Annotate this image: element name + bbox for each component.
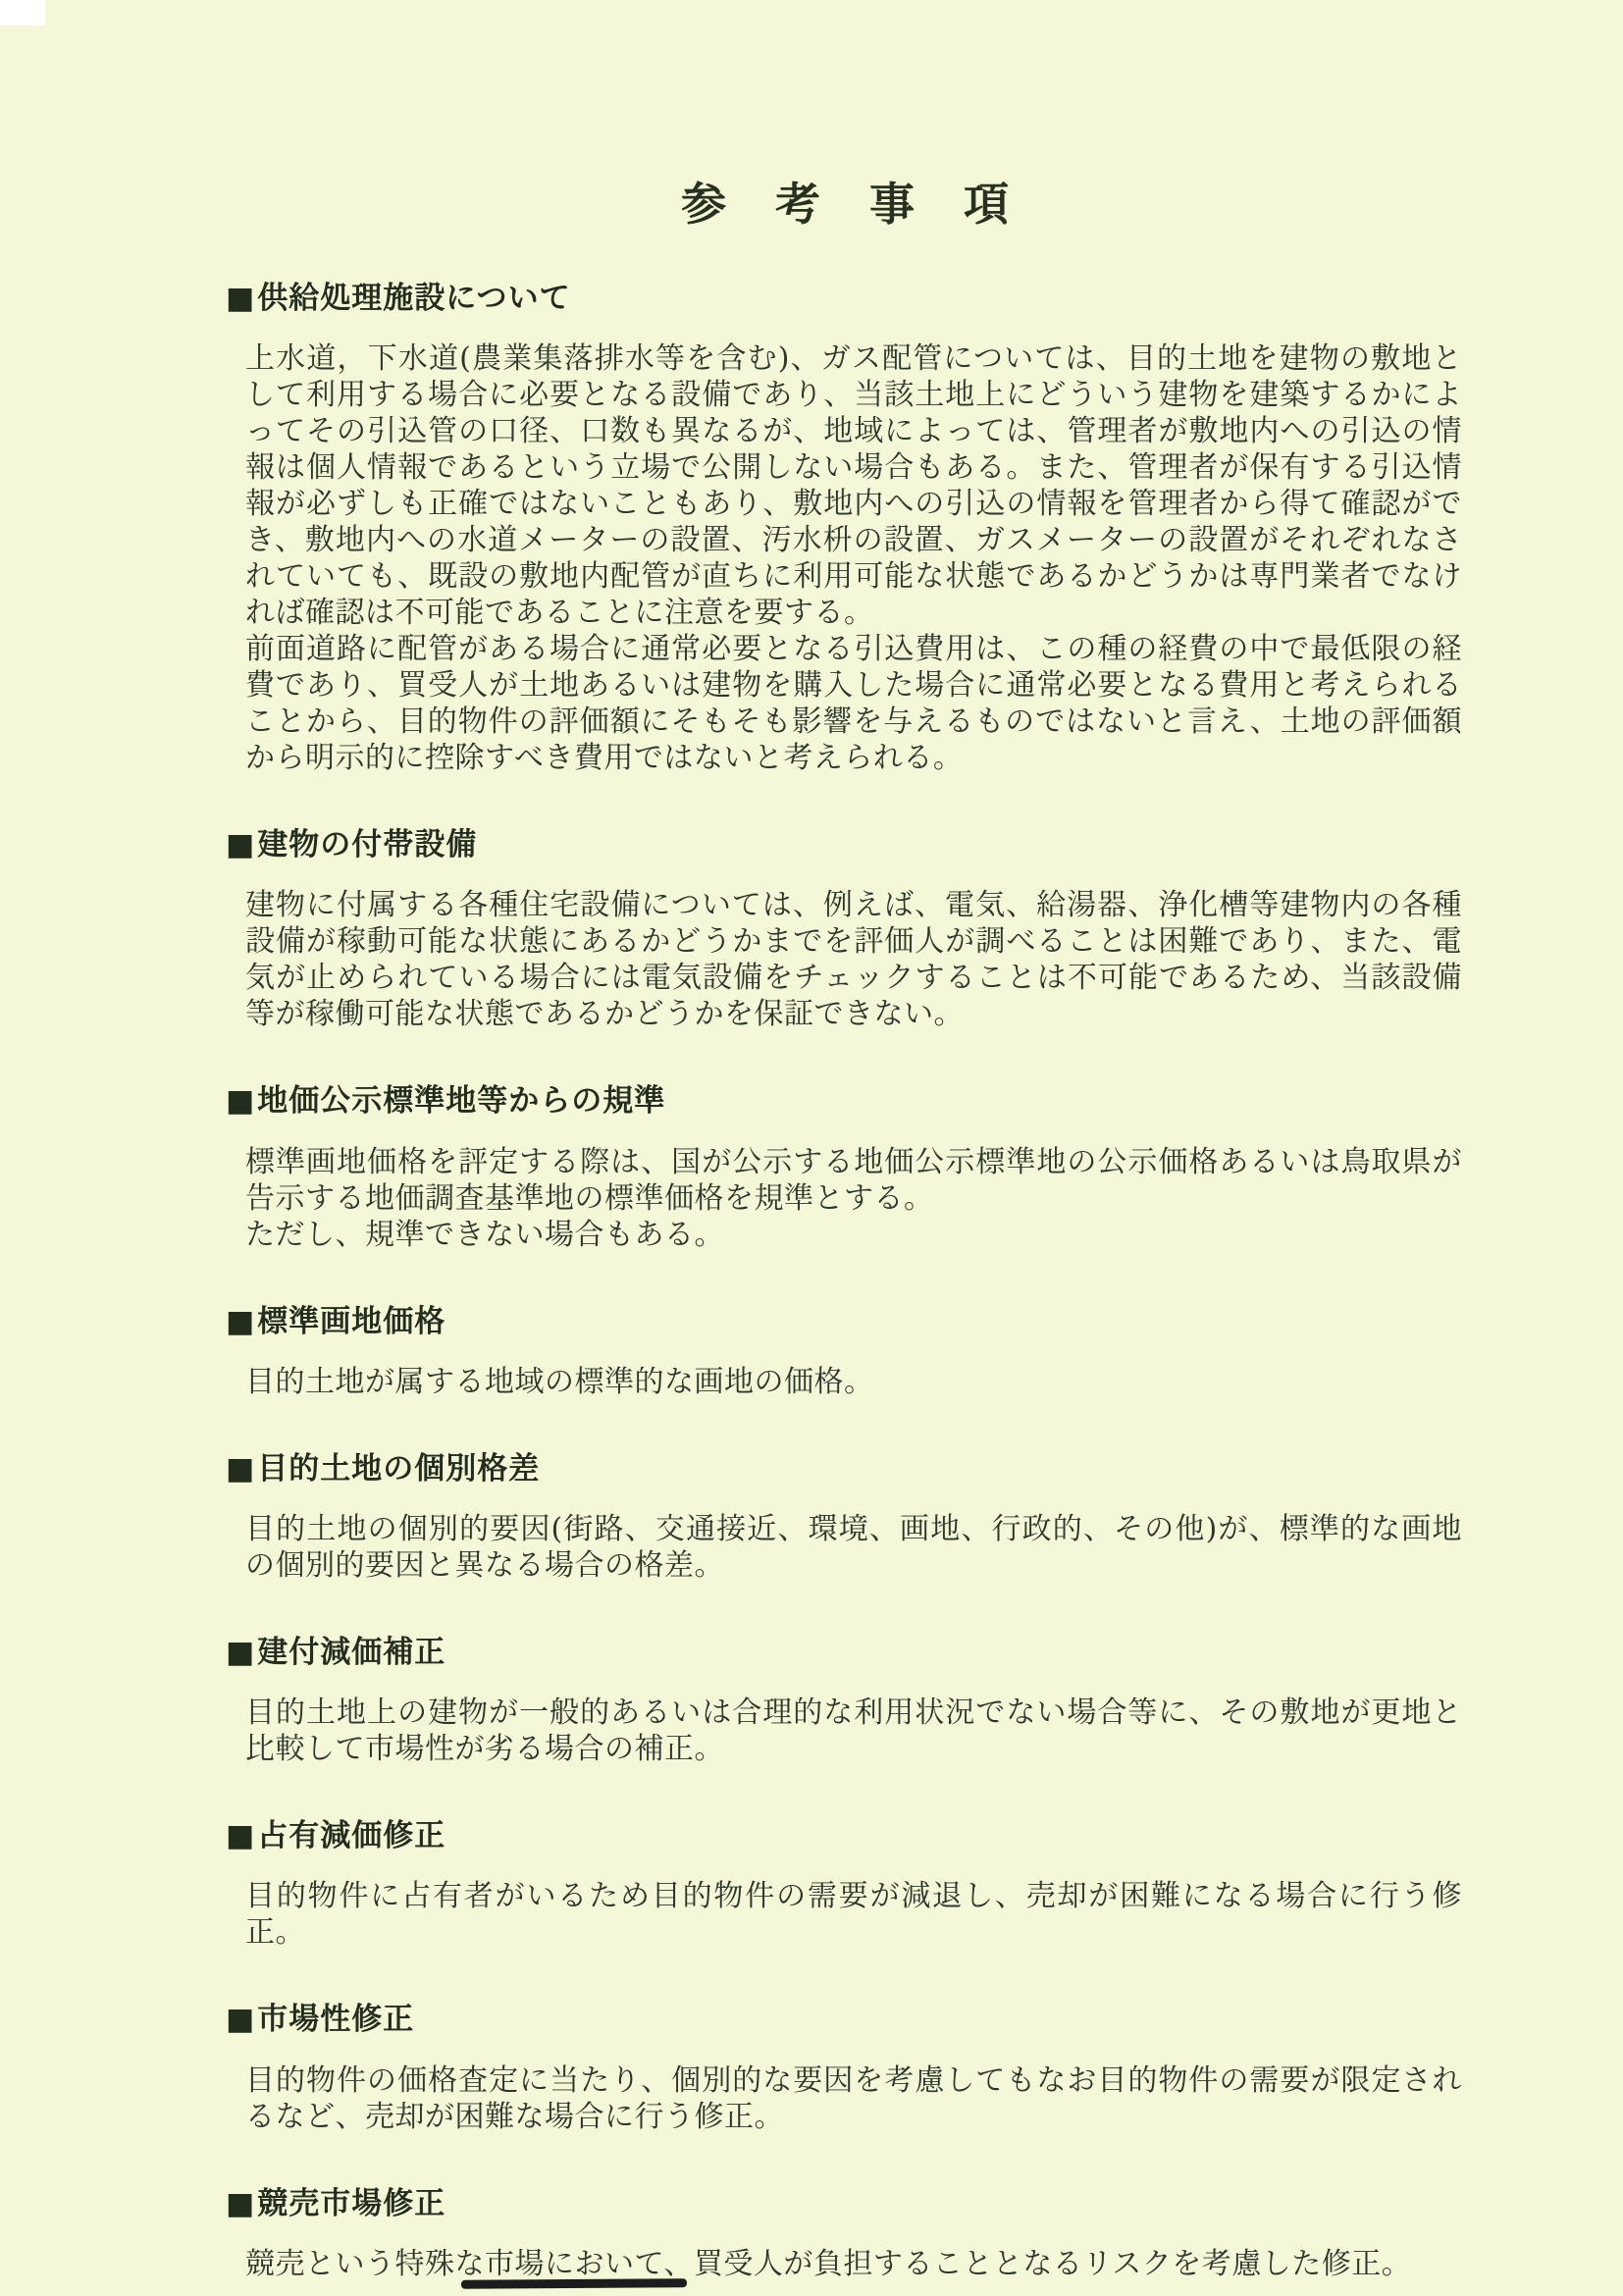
section-heading-text: 標準画地価格 (257, 1304, 445, 1339)
section-heading: ■競売市場修正 (226, 2186, 1466, 2222)
square-bullet-icon: ■ (226, 1304, 255, 1339)
section-body: 目的土地が属する地域の標準的な画地の価格。 (226, 1364, 1462, 1400)
square-bullet-icon: ■ (226, 827, 255, 862)
section: ■目的土地の個別格差 目的土地の個別的要因(街路、交通接近、環境、画地、行政的、… (226, 1451, 1466, 1584)
square-bullet-icon: ■ (226, 1818, 255, 1853)
document-page: 参 考 事 項 ■供給処理施設について 上水道，下水道(農業集落排水等を含む)、… (0, 0, 1623, 2296)
paragraph: 目的土地が属する地域の標準的な画地の価格。 (245, 1364, 1462, 1400)
section-heading: ■建付減価補正 (226, 1635, 1466, 1671)
paragraph: 上水道，下水道(農業集落排水等を含む)、ガス配管については、目的土地を建物の敷地… (245, 340, 1462, 631)
section: ■建物の付帯設備 建物に付属する各種住宅設備については、例えば、電気、給湯器、浄… (226, 827, 1466, 1032)
section: ■供給処理施設について 上水道，下水道(農業集落排水等を含む)、ガス配管について… (226, 281, 1466, 776)
section-heading-text: 目的土地の個別格差 (257, 1451, 540, 1487)
square-bullet-icon: ■ (226, 1635, 255, 1670)
section-heading: ■市場性修正 (226, 2002, 1466, 2038)
section-heading-text: 建物の付帯設備 (257, 827, 477, 862)
square-bullet-icon: ■ (226, 1451, 255, 1487)
scan-streak-artifact (461, 2278, 687, 2289)
section-body: 目的土地上の建物が一般的あるいは合理的な利用状況でない場合等に、その敷地が更地と… (226, 1695, 1462, 1767)
document-content: 参 考 事 項 ■供給処理施設について 上水道，下水道(農業集落排水等を含む)、… (0, 0, 1623, 2282)
paragraph: 目的土地上の建物が一般的あるいは合理的な利用状況でない場合等に、その敷地が更地と… (245, 1695, 1462, 1767)
section-heading-text: 建付減価補正 (257, 1635, 445, 1670)
section-body: 標準画地価格を評定する際は、国が公示する地価公示標準地の公示価格あるいは鳥取県が… (226, 1144, 1462, 1253)
section-heading: ■占有減価修正 (226, 1818, 1466, 1854)
section: ■標準画地価格 目的土地が属する地域の標準的な画地の価格。 (226, 1304, 1466, 1400)
sections-container: ■供給処理施設について 上水道，下水道(農業集落排水等を含む)、ガス配管について… (226, 281, 1466, 2282)
section-heading-text: 供給処理施設について (257, 281, 570, 316)
section-body: 建物に付属する各種住宅設備については、例えば、電気、給湯器、浄化槽等建物内の各種… (226, 887, 1462, 1032)
section-heading: ■建物の付帯設備 (226, 827, 1466, 863)
scan-corner-artifact (0, 0, 45, 26)
square-bullet-icon: ■ (226, 1083, 255, 1119)
paragraph: ただし、規準できない場合もある。 (245, 1217, 1462, 1253)
section-heading-text: 占有減価修正 (257, 1818, 445, 1853)
section: ■地価公示標準地等からの規準 標準画地価格を評定する際は、国が公示する地価公示標… (226, 1083, 1466, 1252)
paragraph: 標準画地価格を評定する際は、国が公示する地価公示標準地の公示価格あるいは鳥取県が… (245, 1144, 1462, 1217)
section-body: 目的土地の個別的要因(街路、交通接近、環境、画地、行政的、その他)が、標準的な画… (226, 1511, 1462, 1584)
section-body: 上水道，下水道(農業集落排水等を含む)、ガス配管については、目的土地を建物の敷地… (226, 340, 1462, 776)
square-bullet-icon: ■ (226, 281, 255, 316)
section-heading-text: 競売市場修正 (257, 2186, 445, 2221)
section: ■市場性修正 目的物件の価格査定に当たり、個別的な要因を考慮してもなお目的物件の… (226, 2002, 1466, 2134)
square-bullet-icon: ■ (226, 2186, 255, 2221)
section-heading: ■供給処理施設について (226, 281, 1466, 317)
paragraph: 目的物件の価格査定に当たり、個別的な要因を考慮してもなお目的物件の需要が限定され… (245, 2062, 1462, 2135)
section: ■占有減価修正 目的物件に占有者がいるため目的物件の需要が減退し、売却が困難にな… (226, 1818, 1466, 1951)
section-heading: ■目的土地の個別格差 (226, 1451, 1466, 1487)
page-title: 参 考 事 項 (226, 169, 1466, 234)
section-body: 目的物件に占有者がいるため目的物件の需要が減退し、売却が困難になる場合に行う修正… (226, 1878, 1462, 1951)
section-body: 目的物件の価格査定に当たり、個別的な要因を考慮してもなお目的物件の需要が限定され… (226, 2062, 1462, 2135)
section: ■建付減価補正 目的土地上の建物が一般的あるいは合理的な利用状況でない場合等に、… (226, 1635, 1466, 1767)
section-heading: ■標準画地価格 (226, 1304, 1466, 1340)
square-bullet-icon: ■ (226, 2002, 255, 2037)
section-heading-text: 市場性修正 (257, 2002, 414, 2037)
section-body: 競売という特殊な市場において、買受人が負担することとなるリスクを考慮した修正。 (226, 2246, 1462, 2282)
paragraph: 目的物件に占有者がいるため目的物件の需要が減退し、売却が困難になる場合に行う修正… (245, 1878, 1462, 1951)
paragraph: 競売という特殊な市場において、買受人が負担することとなるリスクを考慮した修正。 (245, 2246, 1462, 2282)
section-heading: ■地価公示標準地等からの規準 (226, 1083, 1466, 1120)
paragraph: 前面道路に配管がある場合に通常必要となる引込費用は、この種の経費の中で最低限の経… (245, 631, 1462, 776)
paragraph: 目的土地の個別的要因(街路、交通接近、環境、画地、行政的、その他)が、標準的な画… (245, 1511, 1462, 1584)
paragraph: 建物に付属する各種住宅設備については、例えば、電気、給湯器、浄化槽等建物内の各種… (245, 887, 1462, 1032)
section: ■競売市場修正 競売という特殊な市場において、買受人が負担することとなるリスクを… (226, 2186, 1466, 2282)
section-heading-text: 地価公示標準地等からの規準 (257, 1083, 665, 1119)
